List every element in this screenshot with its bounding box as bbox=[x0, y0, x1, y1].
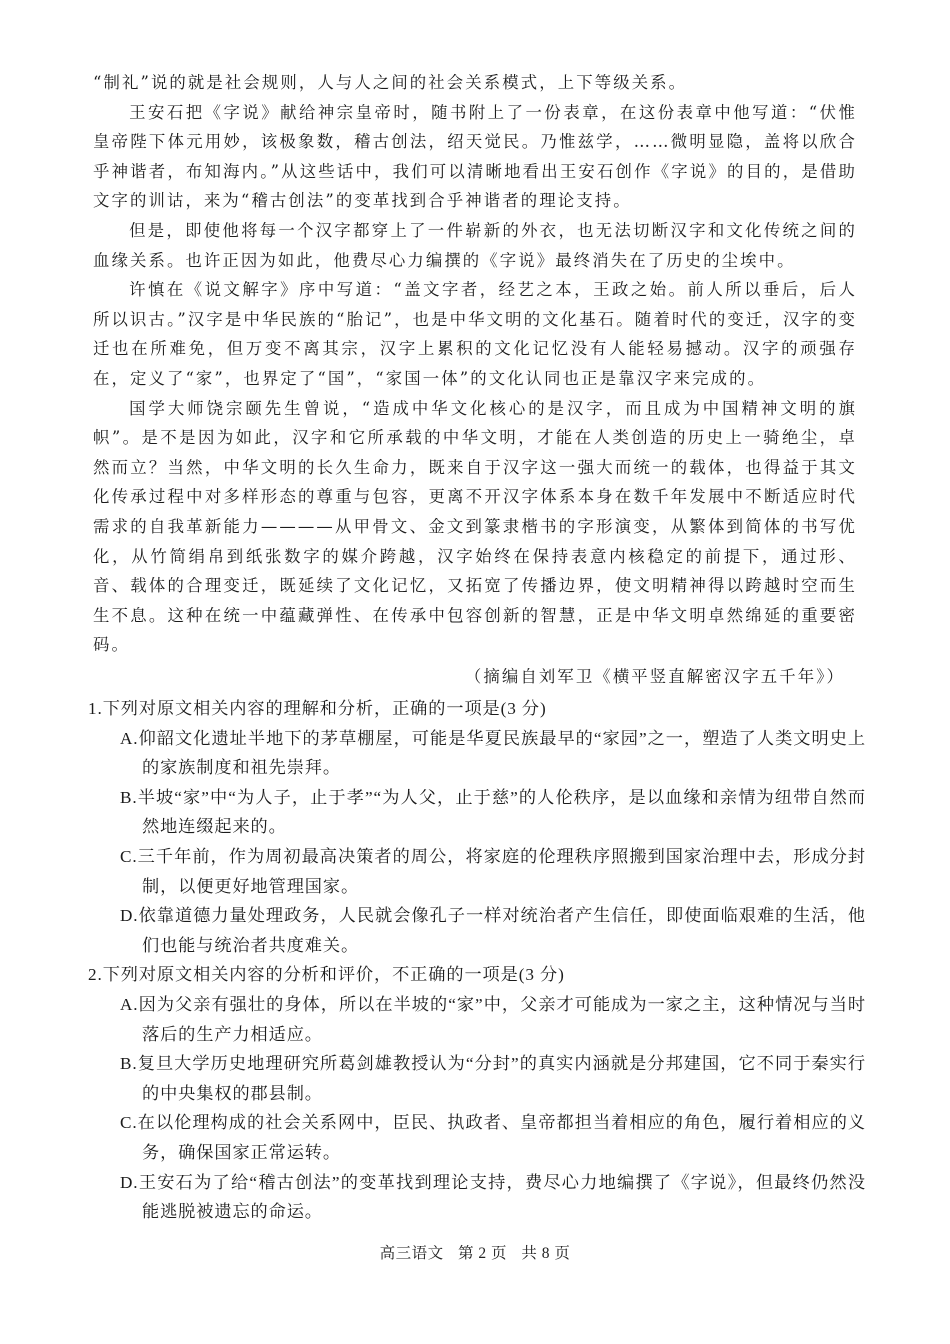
footer-page-number: 第 2 页 bbox=[458, 1245, 507, 1262]
passage-paragraph-3: 但是，即使他将每一个汉字都穿上了一件崭新的外衣，也无法切断汉字和文化传统之间的血… bbox=[93, 216, 857, 275]
option-text: 王安石为了给“稽古创法”的变革找到理论支持，费尽心力地编撰了《字说》，但最终仍然… bbox=[139, 1173, 866, 1222]
question-1-stem: 1.下列对原文相关内容的理解和分析，正确的一项是(3 分) bbox=[88, 694, 866, 724]
page-footer: 高三语文 第 2 页 共 8 页 bbox=[0, 1241, 950, 1263]
footer-subject: 高三语文 bbox=[380, 1245, 444, 1262]
option-text: 因为父亲有强壮的身体，所以在半坡的“家”中，父亲才可能成为一家之主，这种情况与当… bbox=[139, 995, 866, 1044]
passage-paragraph-1: “制礼”说的就是社会规则，人与人之间的社会关系模式，上下等级关系。 bbox=[93, 68, 857, 98]
question-1-option-d: D.依靠道德力量处理政务，人民就会像孔子一样对统治者产生信任，即使面临艰难的生活… bbox=[120, 901, 866, 960]
question-2-option-b: B.复旦大学历史地理研究所葛剑雄教授认为“分封”的真实内涵就是分邦建国，它不同于… bbox=[120, 1049, 866, 1108]
option-text: 依靠道德力量处理政务，人民就会像孔子一样对统治者产生信任，即使面临艰难的生活，他… bbox=[139, 906, 866, 955]
question-2-option-c: C.在以伦理构成的社会关系网中，臣民、执政者、皇帝都担当着相应的角色，履行着相应… bbox=[120, 1108, 866, 1167]
option-text: 半坡“家”中“为人子，止于孝”“为人父，止于慈”的人伦秩序，是以血缘和亲情为纽带… bbox=[138, 788, 866, 837]
question-1-option-a: A.仰韶文化遗址半地下的茅草棚屋，可能是华夏民族最早的“家园”之一，塑造了人类文… bbox=[120, 724, 866, 783]
option-label: C. bbox=[120, 1113, 138, 1132]
passage-paragraph-5: 国学大师饶宗颐先生曾说，“造成中华文化核心的是汉字，而且成为中国精神文明的旗帜”… bbox=[93, 394, 857, 660]
option-label: A. bbox=[120, 995, 139, 1014]
option-text: 复旦大学历史地理研究所葛剑雄教授认为“分封”的真实内涵就是分邦建国，它不同于秦实… bbox=[138, 1054, 866, 1103]
passage-paragraph-2: 王安石把《字说》献给神宗皇帝时，随书附上了一份表章，在这份表章中他写道：“伏惟皇… bbox=[93, 98, 857, 216]
option-label: A. bbox=[120, 729, 139, 748]
passage-paragraph-4: 许慎在《说文解字》序中写道：“盖文字者，经艺之本，王政之始。前人所以垂后，后人所… bbox=[93, 275, 857, 393]
passage-source-citation: （摘编自刘军卫《横平竖直解密汉字五千年》） bbox=[93, 662, 857, 692]
question-2-option-d: D.王安石为了给“稽古创法”的变革找到理论支持，费尽心力地编撰了《字说》，但最终… bbox=[120, 1168, 866, 1227]
option-label: B. bbox=[120, 1054, 138, 1073]
question-1-option-c: C.三千年前，作为周初最高决策者的周公，将家庭的伦理秩序照搬到国家治理中去，形成… bbox=[120, 842, 866, 901]
reading-passage: “制礼”说的就是社会规则，人与人之间的社会关系模式，上下等级关系。 王安石把《字… bbox=[93, 68, 857, 691]
option-text: 在以伦理构成的社会关系网中，臣民、执政者、皇帝都担当着相应的角色，履行着相应的义… bbox=[138, 1113, 866, 1162]
question-2-option-a: A.因为父亲有强壮的身体，所以在半坡的“家”中，父亲才可能成为一家之主，这种情况… bbox=[120, 990, 866, 1049]
question-section: 1.下列对原文相关内容的理解和分析，正确的一项是(3 分) A.仰韶文化遗址半地… bbox=[88, 694, 866, 1227]
question-1-option-b: B.半坡“家”中“为人子，止于孝”“为人父，止于慈”的人伦秩序，是以血缘和亲情为… bbox=[120, 783, 866, 842]
option-text: 仰韶文化遗址半地下的茅草棚屋，可能是华夏民族最早的“家园”之一，塑造了人类文明史… bbox=[139, 729, 866, 778]
question-2-stem: 2.下列对原文相关内容的分析和评价，不正确的一项是(3 分) bbox=[88, 960, 866, 990]
question-2: 2.下列对原文相关内容的分析和评价，不正确的一项是(3 分) A.因为父亲有强壮… bbox=[88, 960, 866, 1226]
option-label: C. bbox=[120, 847, 138, 866]
footer-total-pages: 共 8 页 bbox=[521, 1245, 570, 1262]
option-label: D. bbox=[120, 906, 139, 925]
exam-page: “制礼”说的就是社会规则，人与人之间的社会关系模式，上下等级关系。 王安石把《字… bbox=[0, 0, 950, 1344]
option-label: D. bbox=[120, 1173, 139, 1192]
question-1: 1.下列对原文相关内容的理解和分析，正确的一项是(3 分) A.仰韶文化遗址半地… bbox=[88, 694, 866, 960]
option-label: B. bbox=[120, 788, 138, 807]
option-text: 三千年前，作为周初最高决策者的周公，将家庭的伦理秩序照搬到国家治理中去，形成分封… bbox=[138, 847, 866, 896]
